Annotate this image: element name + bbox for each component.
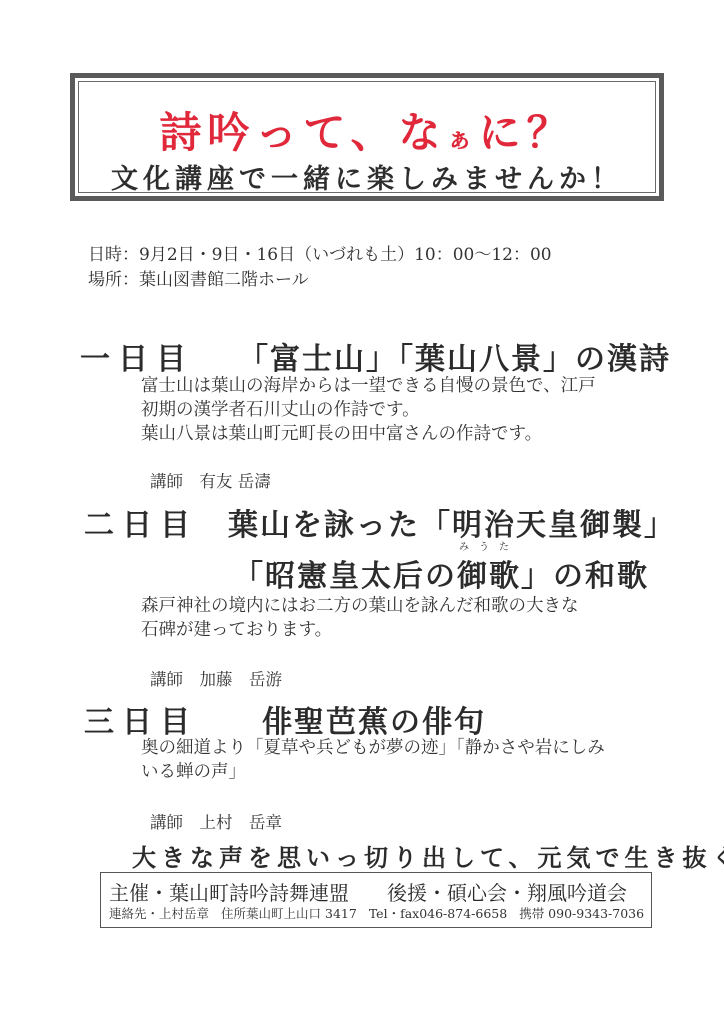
slogan: 大きな声を思いっ切り出して、元気で生き抜く xyxy=(132,838,724,873)
day3-topic: 俳聖芭蕉の俳句 xyxy=(262,705,486,740)
day1-description-line: 富士山は葉山の海岸からは一望できる自慢の景色で、江戸 xyxy=(141,374,596,398)
day2-topic-line1: 葉山を詠った「明治天皇御製」 xyxy=(228,508,676,543)
day1-lecturer: 講師 有友 岳濤 xyxy=(150,468,271,492)
page-subtitle: 文化講座で一緒に楽しみませんか！ xyxy=(75,157,659,196)
footer-contact: 連絡先・上村岳章住所葉山町上山口 3417Tel・fax046-874-6658… xyxy=(109,904,644,922)
title-text-small: ぁ xyxy=(447,124,479,154)
title-box: 詩吟って、なぁに？ 文化講座で一緒に楽しみませんか！ xyxy=(70,73,664,201)
day3-lecturer: 講師 上村 岳章 xyxy=(150,809,282,833)
day2-heading: 二日目葉山を詠った「明治天皇御製」 xyxy=(84,500,676,544)
day1-label: 一日目 xyxy=(80,334,194,378)
support: 後援・碩心会・翔風吟道会 xyxy=(387,881,627,905)
day2-description-line: 森戸神社の境内にはお二方の葉山を詠んだ和歌の大きな xyxy=(141,594,579,618)
page-title: 詩吟って、なぁに？ xyxy=(75,100,659,160)
day3-description: 奥の細道より「夏草や兵どもが夢の迹」「静かさや岩にしみ いる蝉の声」 xyxy=(141,736,605,784)
day1-heading: 一日目「富士山」「葉山八景」の漢詩 xyxy=(80,334,671,378)
venue-line: 場所：葉山図書館二階ホール xyxy=(88,265,309,290)
day1-description-line: 葉山八景は葉山町元町長の田中富さんの作詩です。 xyxy=(141,422,596,446)
day2-topic-line2: 「昭憲皇太后の御歌」の和歌 xyxy=(233,551,649,595)
day3-label: 三日目 xyxy=(84,697,198,741)
footer-box: 主催・葉山町詩吟詩舞連盟後援・碩心会・翔風吟道会 連絡先・上村岳章住所葉山町上山… xyxy=(100,872,652,928)
day1-topic: 「富士山」「葉山八景」の漢詩 xyxy=(238,342,671,377)
day1-description: 富士山は葉山の海岸からは一望できる自慢の景色で、江戸 初期の漢学者石川丈山の作詩… xyxy=(141,374,596,446)
title-text-part2: に？ xyxy=(479,108,575,157)
mobile-phone: 携帯 090-9343-7036 xyxy=(519,906,644,921)
day2-description-line: 石碑が建っております。 xyxy=(141,618,579,642)
address: 住所葉山町上山口 3417 xyxy=(221,906,357,921)
contact-person: 連絡先・上村岳章 xyxy=(109,906,209,921)
day2-description: 森戸神社の境内にはお二方の葉山を詠んだ和歌の大きな 石碑が建っております。 xyxy=(141,594,579,642)
footer-organizers: 主催・葉山町詩吟詩舞連盟後援・碩心会・翔風吟道会 xyxy=(109,877,627,906)
tel-fax: Tel・fax046-874-6658 xyxy=(369,906,507,921)
title-text-part1: 詩吟って、な xyxy=(159,108,446,157)
date-time-line: 日時：9月2日・9日・16日（いづれも土）10：00〜12：00 xyxy=(88,240,552,265)
day3-description-line: いる蝉の声」 xyxy=(141,760,605,784)
day1-description-line: 初期の漢学者石川丈山の作詩です。 xyxy=(141,398,596,422)
day2-label: 二日目 xyxy=(84,500,198,544)
organizer: 主催・葉山町詩吟詩舞連盟 xyxy=(109,881,349,905)
day2-lecturer: 講師 加藤 岳游 xyxy=(150,666,282,690)
day3-description-line: 奥の細道より「夏草や兵どもが夢の迹」「静かさや岩にしみ xyxy=(141,736,605,760)
day3-heading: 三日目俳聖芭蕉の俳句 xyxy=(84,697,486,741)
